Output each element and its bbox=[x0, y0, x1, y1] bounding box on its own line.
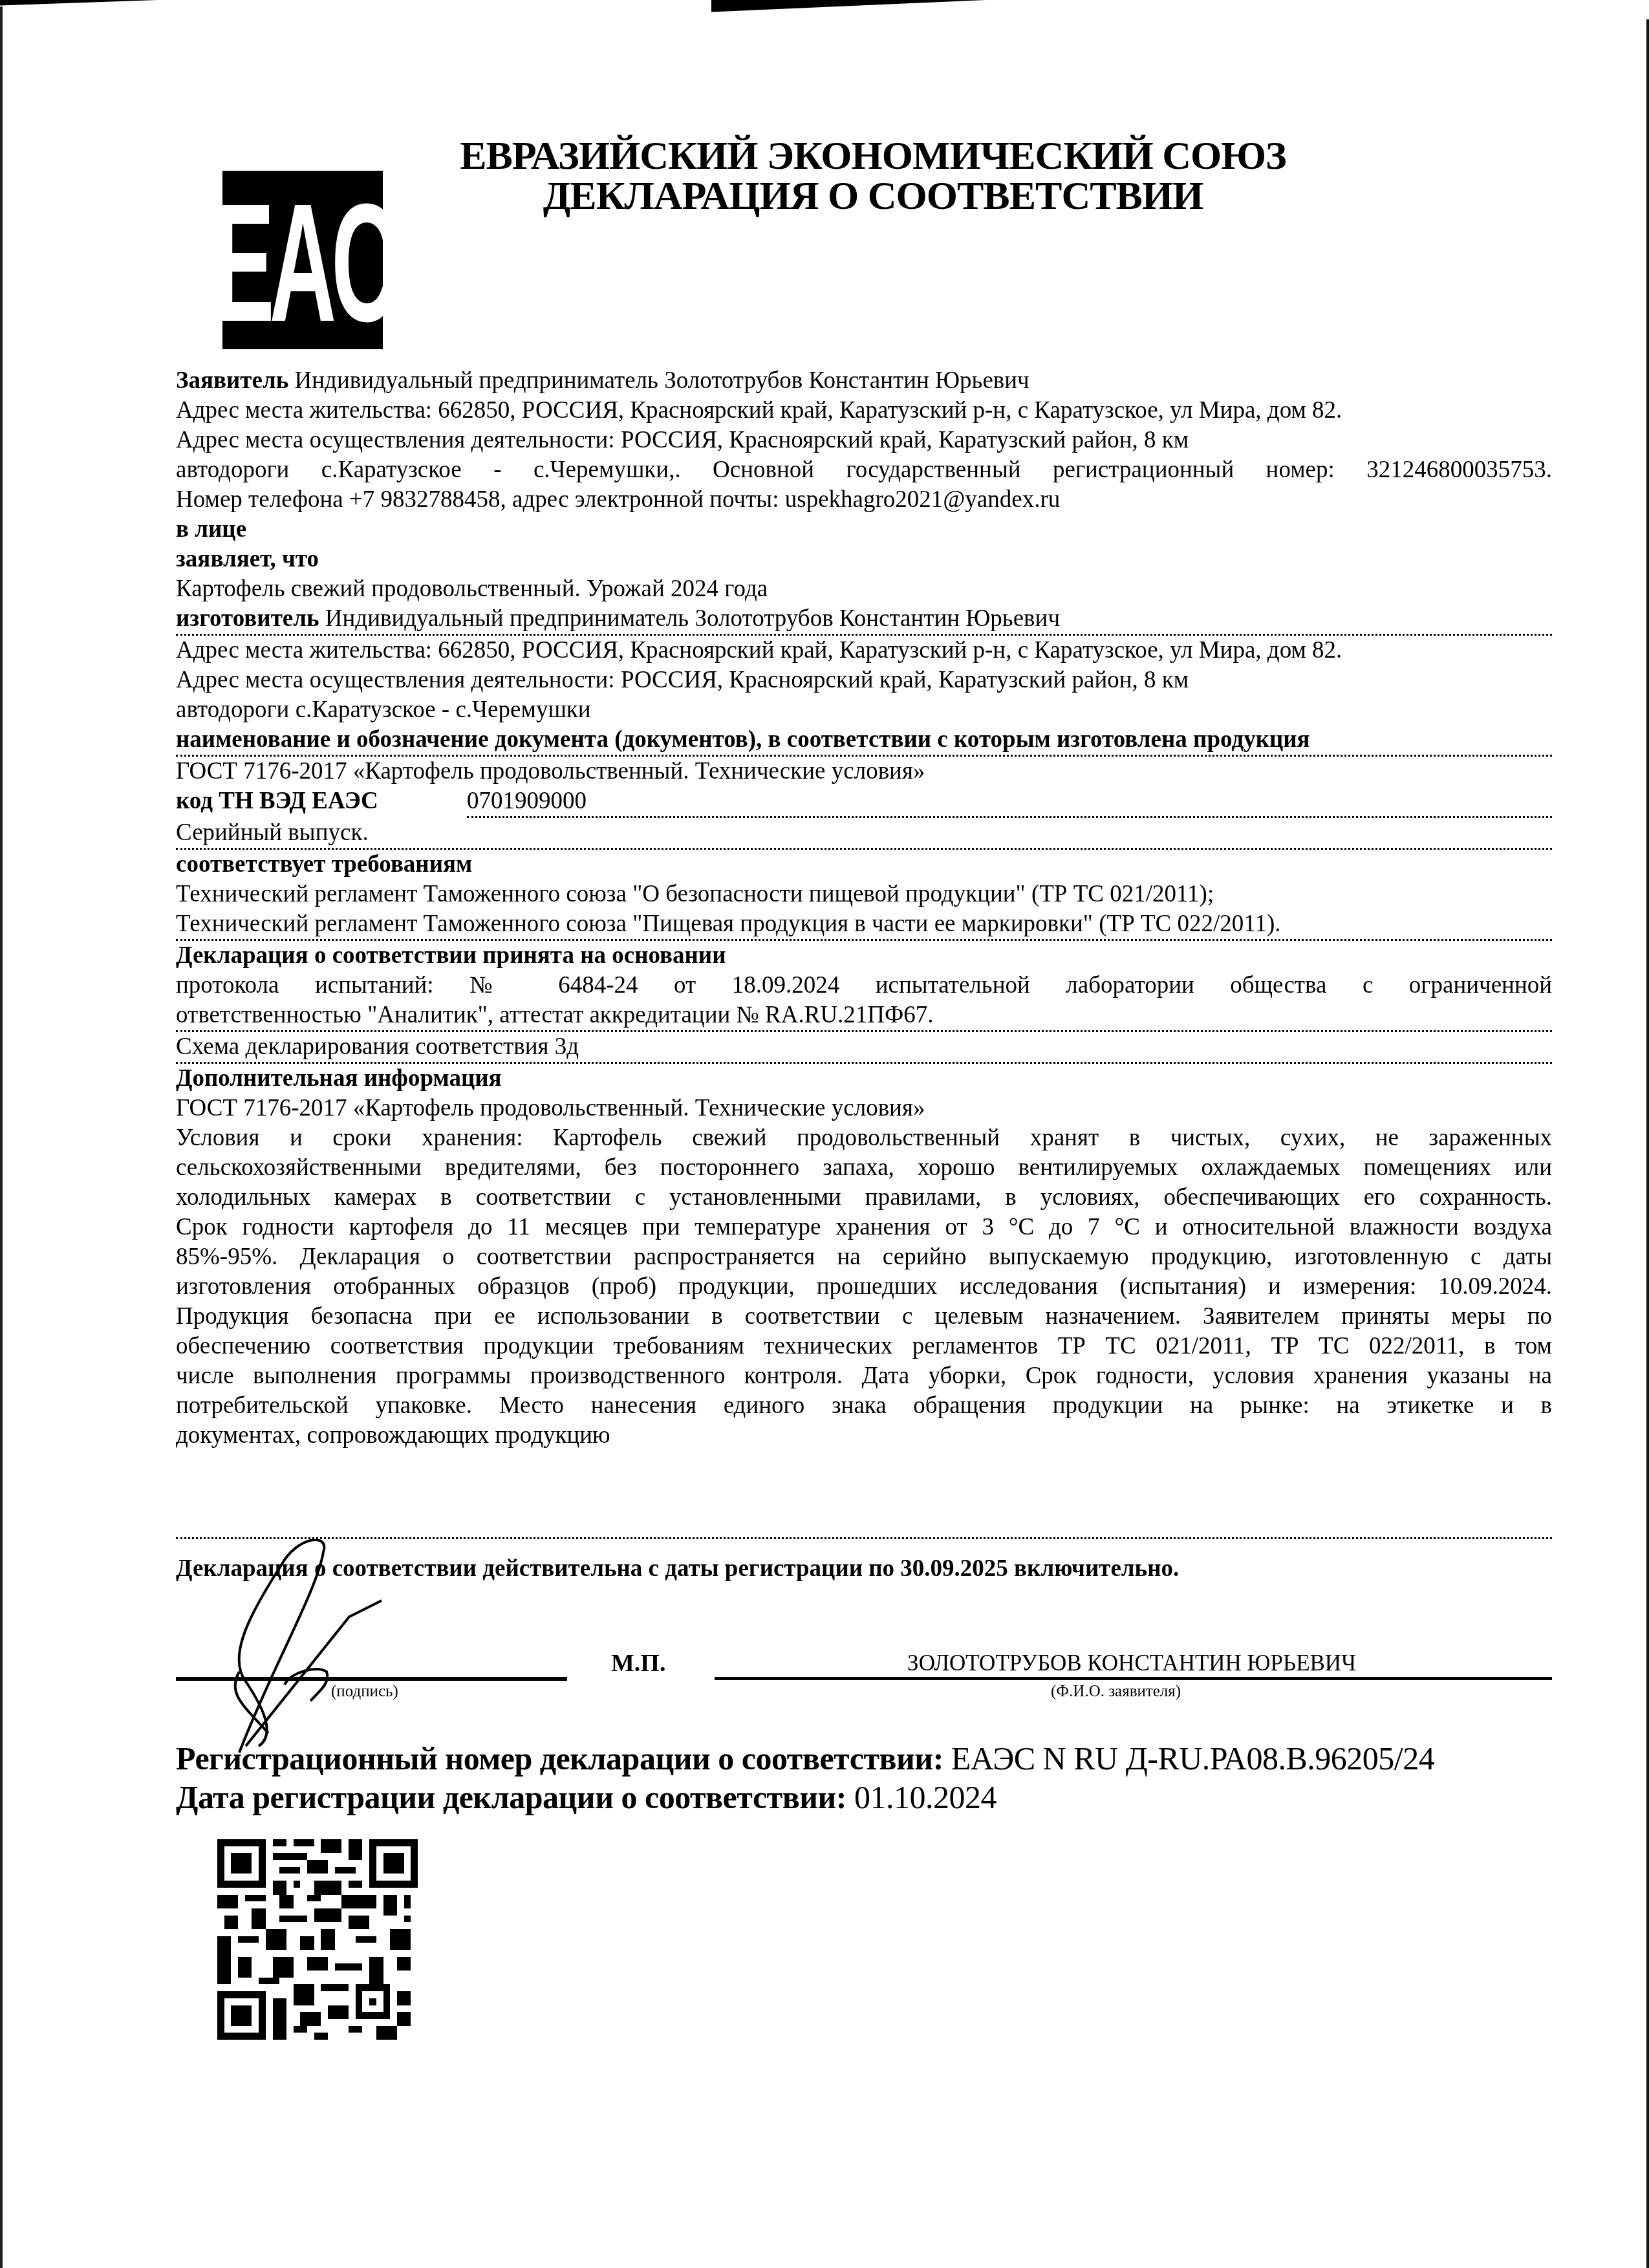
basis-line: ответственностью "Аналитик", аттестат ак… bbox=[176, 1000, 1552, 1032]
standard-doc-label: наименование и обозначение документа (до… bbox=[176, 725, 1552, 757]
name-line bbox=[715, 1677, 1552, 1680]
additional-info-line: сельскохозяйственными вредителями, без п… bbox=[176, 1153, 1552, 1183]
release-type: Серийный выпуск. bbox=[176, 818, 1552, 850]
additional-info-line: 85%-95%. Декларация о соответствии распр… bbox=[176, 1242, 1552, 1272]
in-person-label: в лице bbox=[176, 515, 1552, 545]
tn-ved-value: 0701909000 bbox=[467, 786, 1552, 818]
manufacturer-line: изготовитель Индивидуальный предпринимат… bbox=[176, 604, 1552, 636]
stamp-label: М.П. bbox=[611, 1649, 665, 1678]
name-caption: (Ф.И.О. заявителя) bbox=[1051, 1683, 1181, 1701]
manufacturer-activity-address: Адрес места осуществления деятельности: … bbox=[176, 665, 1552, 695]
tn-ved-row: код ТН ВЭД ЕАЭС 0701909000 bbox=[176, 786, 1552, 818]
basis-line: протокола испытаний: № 6484-24 от 18.09.… bbox=[176, 971, 1552, 1000]
requirement-item: Технический регламент Таможенного союза … bbox=[176, 880, 1552, 909]
additional-info-line: изготовления отобранных образцов (проб) … bbox=[176, 1272, 1552, 1302]
additional-standard: ГОСТ 7176-2017 «Картофель продовольствен… bbox=[176, 1094, 1552, 1123]
additional-info-line: Срок годности картофеля до 11 месяцев пр… bbox=[176, 1213, 1552, 1242]
additional-info-line: числе выполнения программы производствен… bbox=[176, 1361, 1552, 1391]
basis-label: Декларация о соответствии принята на осн… bbox=[176, 941, 1552, 971]
applicant-activity-address-cont: автодороги с.Каратузское - с.Черемушки,.… bbox=[176, 455, 1552, 485]
applicant-line: Заявитель Индивидуальный предприниматель… bbox=[176, 366, 1552, 396]
applicant-residence: Адрес места жительства: 662850, РОССИЯ, … bbox=[176, 396, 1552, 426]
additional-info-line: холодильных камерах в соответствии с уст… bbox=[176, 1183, 1552, 1213]
scan-artifact-top bbox=[0, 0, 1649, 26]
product-name: Картофель свежий продовольственный. Урож… bbox=[176, 574, 1552, 604]
additional-info-line: потребительской упаковке. Место нанесени… bbox=[176, 1391, 1552, 1421]
union-title: ЕВРАЗИЙСКИЙ ЭКОНОМИЧЕСКИЙ СОЮЗ bbox=[453, 136, 1293, 176]
additional-info-text: Условия и сроки хранения: Картофель свеж… bbox=[176, 1123, 1552, 1451]
applicant-full-name: ЗОЛОТОТРУБОВ КОНСТАНТИН ЮРЬЕВИЧ bbox=[711, 1650, 1552, 1676]
applicant-contacts: Номер телефона +7 9832788458, адрес элек… bbox=[176, 485, 1552, 515]
tn-ved-label: код ТН ВЭД ЕАЭС bbox=[176, 786, 467, 818]
additional-info-line: документах, сопровождающих продукцию bbox=[176, 1421, 1552, 1451]
registration-number: Регистрационный номер декларации о соотв… bbox=[176, 1740, 1434, 1777]
additional-info-line: Продукция безопасна при ее использовании… bbox=[176, 1302, 1552, 1332]
applicant-activity-address: Адрес места осуществления деятельности: … bbox=[176, 426, 1552, 455]
applicant-section: Заявитель Индивидуальный предприниматель… bbox=[176, 366, 1552, 1451]
additional-info-line: Условия и сроки хранения: Картофель свеж… bbox=[176, 1123, 1552, 1153]
declares-label: заявляет, что bbox=[176, 545, 1552, 574]
document-title: ДЕКЛАРАЦИЯ О СООТВЕТСТВИИ bbox=[453, 176, 1293, 216]
scheme: Схема декларирования соответствия 3д bbox=[176, 1032, 1552, 1064]
additional-info-line: обеспечению соответствия продукции требо… bbox=[176, 1332, 1552, 1361]
qr-code-icon bbox=[217, 1839, 418, 2040]
manufacturer-activity-address-cont: автодороги с.Каратузское - с.Черемушки bbox=[176, 695, 1552, 725]
manufacturer-residence: Адрес места жительства: 662850, РОССИЯ, … bbox=[176, 636, 1552, 665]
handwritten-signature bbox=[220, 1539, 556, 1759]
requirement-item: Технический регламент Таможенного союза … bbox=[176, 909, 1552, 941]
eac-logo-icon: EAC bbox=[222, 171, 383, 349]
additional-label: Дополнительная информация bbox=[176, 1064, 1552, 1094]
registration-date: Дата регистрации декларации о соответств… bbox=[176, 1778, 997, 1816]
signature-caption: (подпись) bbox=[331, 1683, 398, 1701]
requirements-label: соответствует требованиям bbox=[176, 850, 1552, 880]
scan-artifact-left bbox=[0, 6, 3, 2268]
scan-artifact-right bbox=[1646, 19, 1649, 2268]
standard-doc-value: ГОСТ 7176-2017 «Картофель продовольствен… bbox=[176, 757, 1552, 786]
signature-line bbox=[176, 1677, 567, 1681]
